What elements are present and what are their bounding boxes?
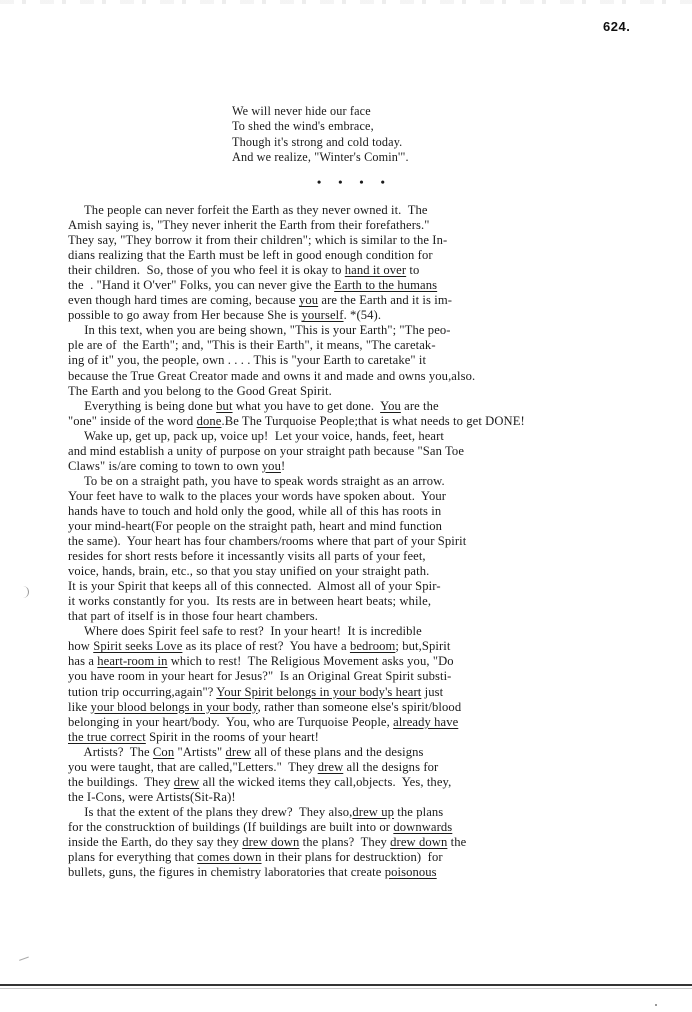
text-line: you were taught, that are called,"Letter…	[68, 760, 692, 775]
text-line: They say, "They borrow it from their chi…	[68, 233, 692, 248]
text-run: .Be The Turquoise People;that is what ne…	[221, 414, 524, 428]
text-run: are the Earth and it is im-	[318, 293, 452, 307]
body-text: The people can never forfeit the Earth a…	[68, 203, 692, 880]
text-line: has a heart-room in which to rest! The R…	[68, 654, 692, 669]
underlined-phrase: Your Spirit belongs in your body's heart	[216, 685, 421, 699]
text-line: The people can never forfeit the Earth a…	[68, 203, 692, 218]
text-run: just	[421, 685, 443, 699]
text-run: because the True Great Creator made and …	[68, 369, 475, 383]
underlined-phrase: You	[380, 399, 401, 413]
section-separator: • • • •	[317, 175, 392, 190]
text-run: The Earth and you belong to the Good Gre…	[68, 384, 332, 398]
text-run: which to rest! The Religious Movement as…	[167, 654, 453, 668]
underlined-phrase: drew down	[242, 835, 299, 849]
text-line: you have room in your heart for Jesus?" …	[68, 669, 692, 684]
text-run: dians realizing that the Earth must be l…	[68, 248, 433, 262]
text-line: like your blood belongs in your body, ra…	[68, 700, 692, 715]
underlined-phrase: Earth to the humans	[334, 278, 437, 292]
text-run: !	[281, 459, 285, 473]
poem-line: To shed the wind's embrace,	[232, 119, 409, 134]
poem-line: Though it's strong and cold today.	[232, 135, 409, 150]
underlined-phrase: drew	[226, 745, 252, 759]
text-run: belonging in your heart/body. You, who a…	[68, 715, 393, 729]
text-line: that part of itself is in those four hea…	[68, 609, 692, 624]
text-run: "Artists"	[174, 745, 225, 759]
text-run: It is your Spirit that keeps all of this…	[68, 579, 441, 593]
text-run: you were taught, that are called,"Letter…	[68, 760, 318, 774]
text-run: the buildings. They	[68, 775, 174, 789]
text-line: The Earth and you belong to the Good Gre…	[68, 384, 692, 399]
text-run: are the	[401, 399, 439, 413]
text-line: Everything is being done but what you ha…	[68, 399, 692, 414]
underlined-phrase: drew up	[352, 805, 394, 819]
text-line: the . "Hand it O'ver" Folks, you can nev…	[68, 278, 692, 293]
text-run: all the designs for	[343, 760, 438, 774]
text-line: ing of it" you, the people, own . . . . …	[68, 353, 692, 368]
text-run: They say, "They borrow it from their chi…	[68, 233, 447, 247]
text-run: hands have to touch and hold only the go…	[68, 504, 441, 518]
text-run: inside the Earth, do they say they	[68, 835, 242, 849]
text-line: even though hard times are coming, becau…	[68, 293, 692, 308]
text-line: In this text, when you are being shown, …	[68, 323, 692, 338]
text-run: resides for short rests before it incess…	[68, 549, 426, 563]
text-run: like	[68, 700, 91, 714]
text-run: what you have to get done.	[233, 399, 381, 413]
text-line: possible to go away from Her because She…	[68, 308, 692, 323]
scan-edge-noise	[0, 0, 692, 4]
text-run: Your feet have to walk to the places you…	[68, 489, 446, 503]
text-run: for the construcktion of buildings (If b…	[68, 820, 393, 834]
text-run: voice, hands, brain, etc., so that you s…	[68, 564, 429, 578]
text-run: the	[447, 835, 466, 849]
text-line: It is your Spirit that keeps all of this…	[68, 579, 692, 594]
text-line: Where does Spirit feel safe to rest? In …	[68, 624, 692, 639]
text-run: how	[68, 639, 93, 653]
underlined-phrase: already have	[393, 715, 458, 729]
text-run: . *(54).	[344, 308, 382, 322]
text-line: hands have to touch and hold only the go…	[68, 504, 692, 519]
text-line: Is that the extent of the plans they dre…	[68, 805, 692, 820]
underlined-phrase: Con	[153, 745, 174, 759]
poem-stanza: We will never hide our face To shed the …	[232, 104, 409, 165]
text-line: Wake up, get up, pack up, voice up! Let …	[68, 429, 692, 444]
text-line: Artists? The Con "Artists" drew all of t…	[68, 745, 692, 760]
text-run: Everything is being done	[68, 399, 216, 413]
text-line: resides for short rests before it incess…	[68, 549, 692, 564]
underlined-phrase: you	[299, 293, 318, 307]
underlined-phrase: done	[197, 414, 222, 428]
text-line: for the construcktion of buildings (If b…	[68, 820, 692, 835]
text-run: the . "Hand it O'ver" Folks, you can nev…	[68, 278, 334, 292]
text-run: possible to go away from Her because She…	[68, 308, 301, 322]
underlined-phrase: bedroom	[350, 639, 395, 653]
text-run: the plans? They	[299, 835, 390, 849]
underlined-phrase: the true correct	[68, 730, 146, 744]
underlined-phrase: yourself	[301, 308, 343, 322]
text-line: the I-Cons, were Artists(Sit-Ra)!	[68, 790, 692, 805]
text-run: has a	[68, 654, 97, 668]
underlined-phrase: but	[216, 399, 232, 413]
text-run: Claws" is/are coming to town to own	[68, 459, 262, 473]
underlined-phrase: you	[262, 459, 281, 473]
text-run: In this text, when you are being shown, …	[68, 323, 451, 337]
text-run: ; but,Spirit	[395, 639, 450, 653]
text-line: dians realizing that the Earth must be l…	[68, 248, 692, 263]
text-line: bullets, guns, the figures in chemistry …	[68, 865, 692, 880]
text-run: even though hard times are coming, becau…	[68, 293, 299, 307]
text-line: ple are of the Earth"; and, "This is the…	[68, 338, 692, 353]
text-run: all of these plans and the designs	[251, 745, 423, 759]
text-run: you have room in your heart for Jesus?" …	[68, 669, 451, 683]
text-run: "one" inside of the word	[68, 414, 197, 428]
text-run: To be on a straight path, you have to sp…	[68, 474, 445, 488]
underlined-phrase: Spirit seeks Love	[93, 639, 182, 653]
text-run: Wake up, get up, pack up, voice up! Let …	[68, 429, 444, 443]
text-line: To be on a straight path, you have to sp…	[68, 474, 692, 489]
text-run: to	[406, 263, 419, 277]
text-run: your mind-heart(For people on the straig…	[68, 519, 442, 533]
text-line: Your feet have to walk to the places you…	[68, 489, 692, 504]
text-run: their children. So, those of you who fee…	[68, 263, 345, 277]
page-bottom-rule	[0, 984, 692, 986]
underlined-phrase: your blood belongs in your body	[91, 700, 258, 714]
underlined-phrase: drew down	[390, 835, 447, 849]
underlined-phrase: downwards	[393, 820, 452, 834]
underlined-phrase: drew	[174, 775, 200, 789]
text-run: Where does Spirit feel safe to rest? In …	[68, 624, 422, 638]
text-line: because the True Great Creator made and …	[68, 369, 692, 384]
text-line: your mind-heart(For people on the straig…	[68, 519, 692, 534]
text-run: Spirit in the rooms of your heart!	[146, 730, 319, 744]
text-run: ing of it" you, the people, own . . . . …	[68, 353, 426, 367]
text-run: ple are of the Earth"; and, "This is the…	[68, 338, 436, 352]
page-number: 624.	[603, 19, 630, 34]
text-line: voice, hands, brain, etc., so that you s…	[68, 564, 692, 579]
poem-line: And we realize, "Winter's Comin'".	[232, 150, 409, 165]
text-line: how Spirit seeks Love as its place of re…	[68, 639, 692, 654]
text-run: that part of itself is in those four hea…	[68, 609, 318, 623]
text-line: tution trip occurring,again"? Your Spiri…	[68, 685, 692, 700]
text-run: , rather than someone else's spirit/bloo…	[258, 700, 462, 714]
text-run: and mind establish a unity of purpose on…	[68, 444, 464, 458]
text-run: tution trip occurring,again"?	[68, 685, 216, 699]
text-run: in their plans for destrucktion) for	[262, 850, 443, 864]
underlined-phrase: comes down	[197, 850, 261, 864]
underlined-phrase: hand it over	[345, 263, 406, 277]
text-run: Artists? The	[68, 745, 153, 759]
text-run: bullets, guns, the figures in chemistry …	[68, 865, 385, 879]
text-run: the plans	[394, 805, 443, 819]
text-line: the buildings. They drew all the wicked …	[68, 775, 692, 790]
underlined-phrase: heart-room in	[97, 654, 167, 668]
text-line: their children. So, those of you who fee…	[68, 263, 692, 278]
text-line: Amish saying is, "They never inherit the…	[68, 218, 692, 233]
text-line: "one" inside of the word done.Be The Tur…	[68, 414, 692, 429]
text-run: The people can never forfeit the Earth a…	[68, 203, 428, 217]
page-bottom-rule-shadow	[0, 988, 692, 989]
underlined-phrase: drew	[318, 760, 344, 774]
underlined-phrase: poisonous	[385, 865, 437, 879]
text-run: Is that the extent of the plans they dre…	[68, 805, 352, 819]
text-line: belonging in your heart/body. You, who a…	[68, 715, 692, 730]
corner-pen-mark	[19, 957, 31, 967]
text-run: the same). Your heart has four chambers/…	[68, 534, 466, 548]
text-run: Amish saying is, "They never inherit the…	[68, 218, 430, 232]
text-line: Claws" is/are coming to town to own you!	[68, 459, 692, 474]
text-line: plans for everything that comes down in …	[68, 850, 692, 865]
text-run: plans for everything that	[68, 850, 197, 864]
margin-pen-mark	[22, 586, 29, 598]
text-line: the true correct Spirit in the rooms of …	[68, 730, 692, 745]
text-run: all the wicked items they call,objects. …	[199, 775, 451, 789]
text-line: inside the Earth, do they say they drew …	[68, 835, 692, 850]
poem-line: We will never hide our face	[232, 104, 409, 119]
text-line: it works constantly for you. Its rests a…	[68, 594, 692, 609]
text-run: the I-Cons, were Artists(Sit-Ra)!	[68, 790, 236, 804]
scan-speck	[655, 1004, 657, 1006]
text-run: as its place of rest? You have a	[182, 639, 350, 653]
text-line: and mind establish a unity of purpose on…	[68, 444, 692, 459]
text-run: it works constantly for you. Its rests a…	[68, 594, 431, 608]
text-line: the same). Your heart has four chambers/…	[68, 534, 692, 549]
